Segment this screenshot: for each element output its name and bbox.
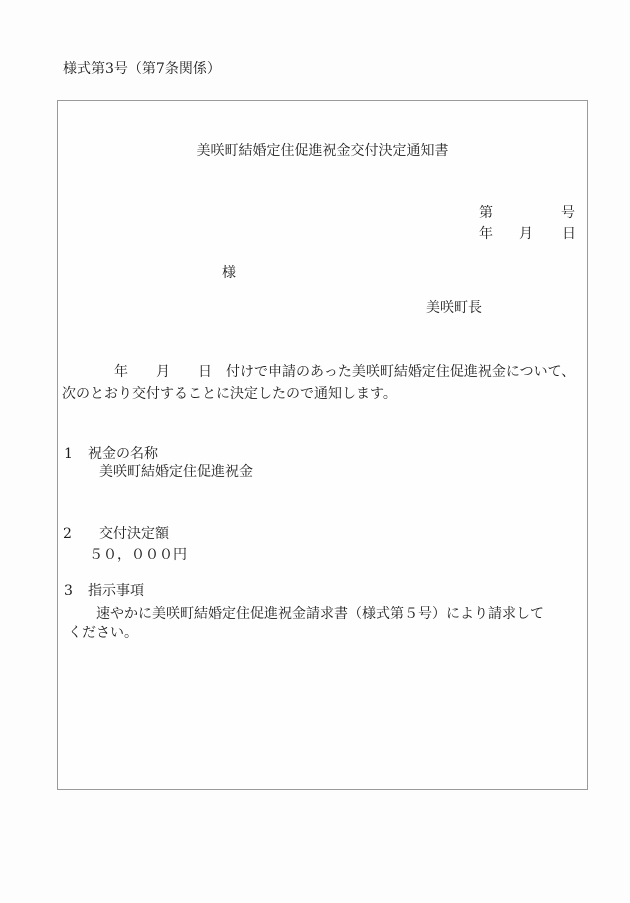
item-3-value-line-2: ください。	[68, 626, 138, 641]
item-1-number: 1	[64, 447, 73, 462]
item-3-label: 指示事項	[88, 584, 144, 599]
item-1-value: 美咲町結婚定住促進祝金	[99, 465, 253, 480]
item-2-value: ５０，０００円	[89, 548, 187, 563]
item-3-value-line-1: 速やかに美咲町結婚定住促進祝金請求書（様式第５号）により請求して	[96, 607, 544, 622]
notice-border-box: 美咲町結婚定住促進祝金交付決定通知書 第 号 年 月 日 様 美咲町長 年 月 …	[57, 100, 588, 790]
doc-number-prefix: 第	[479, 206, 493, 221]
doc-number-suffix: 号	[561, 206, 575, 221]
notice-title: 美咲町結婚定住促進祝金交付決定通知書	[58, 144, 587, 159]
item-2-number: 2	[63, 527, 72, 542]
date-month-label: 月	[519, 227, 533, 242]
item-1-label: 祝金の名称	[88, 447, 158, 462]
date-year-label: 年	[479, 227, 493, 242]
body-paragraph-line-2: 次のとおり交付することに決定したので通知します。	[62, 387, 397, 402]
addressee-honorific: 様	[222, 266, 236, 281]
sender-title: 美咲町長	[426, 301, 482, 316]
date-day-label: 日	[562, 227, 576, 242]
body-paragraph-line-1: 年 月 日 付けで申請のあった美咲町結婚定住促進祝金について、	[114, 365, 575, 380]
document-page: 様式第3号（第7条関係） 美咲町結婚定住促進祝金交付決定通知書 第 号 年 月 …	[0, 0, 630, 903]
form-number-label: 様式第3号（第7条関係）	[63, 62, 221, 77]
item-3-number: 3	[64, 584, 73, 599]
item-2-label: 交付決定額	[99, 527, 169, 542]
